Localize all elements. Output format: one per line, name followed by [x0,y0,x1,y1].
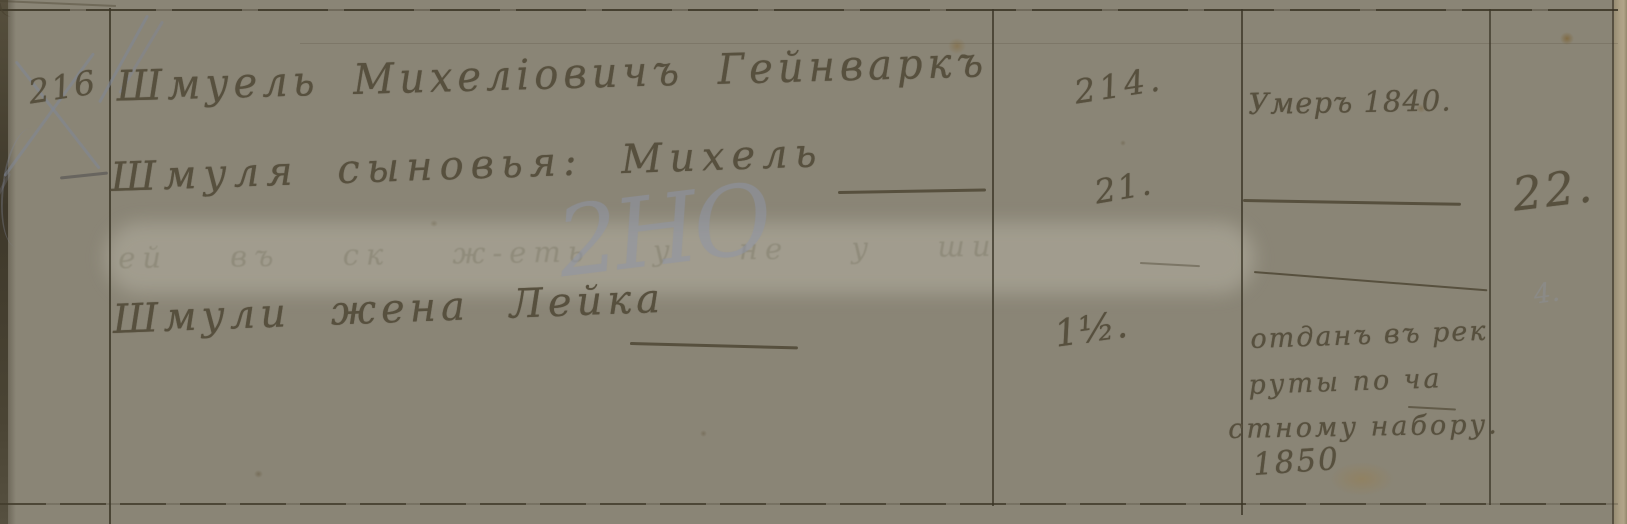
stain [700,430,707,437]
stain [254,470,263,478]
row1-name: Шмуель Михелiовичъ Гейнваркъ [116,42,989,108]
row2-margin-dash [60,171,108,179]
erased-row-remark-dash-line [1254,271,1487,291]
page-left-edge-shadow [8,0,16,524]
left-margin-faint-line [0,0,116,7]
recruit-remark-line-2: руты по ча [1248,365,1443,399]
row1-remark-died: Умеръ 1840. [1248,86,1452,119]
row2-name-dash-line [838,188,986,193]
pencil-scribble-overlay: 2НО [552,170,774,291]
table-rule-top [0,9,1618,11]
recruit-remark-year: 1850 [1252,444,1341,481]
recruit-remark-line-1: отданъ въ рек [1250,318,1488,353]
page-right-edge [1614,0,1627,524]
row2-age-value: 21. [1092,166,1155,209]
page-edge-rule [1612,0,1614,524]
table-rule-bottom [0,503,1618,505]
row2-remark-dash-line [1243,199,1461,205]
faint-pencil-number: 4. [1532,278,1561,308]
row3-age-value: 1½. [1052,306,1131,353]
stain [1120,140,1126,146]
entry-number: 216 [26,65,99,108]
page-left-edge [0,0,8,524]
scanned-ledger-page: 216 Шмуель Михелiовичъ Гейнваркъ 214. Ум… [0,0,1627,524]
row1-age-value: 214. [1072,62,1166,109]
row2-current-age-value: 22. [1510,162,1597,218]
row3-name-dash-line [630,342,798,349]
stain [430,220,438,227]
recruit-remark-line-3: стному набору. [1228,411,1500,443]
